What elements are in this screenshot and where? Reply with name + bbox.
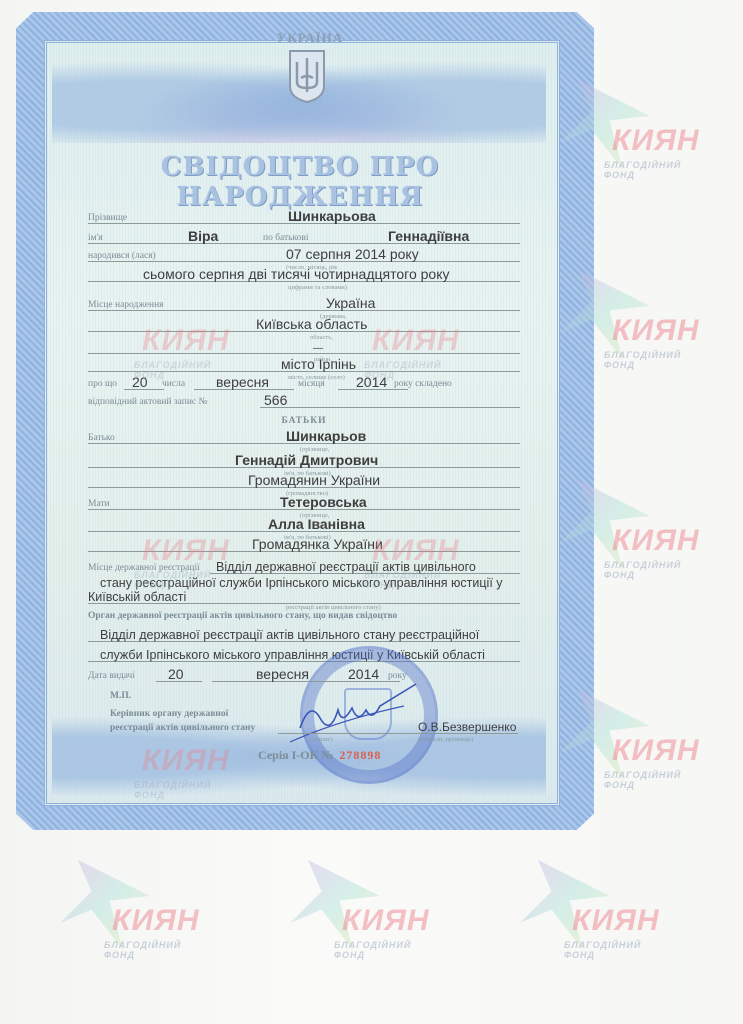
born-label: народився (лася): [88, 251, 156, 261]
row-name: ім'я Віра по батькові Геннадіївна: [88, 226, 520, 246]
seal-label: М.П.: [110, 691, 131, 701]
record-year-label: року складено: [394, 379, 452, 389]
record-day: 20: [132, 374, 148, 390]
row-issuer-label: Орган державної реєстрації актів цивільн…: [88, 604, 520, 624]
born-date-words-value: сьомого серпня дві тисячі чотирнадцятого…: [143, 266, 449, 282]
row-mother-citizenship: Громадянка України: [88, 534, 520, 554]
row-mother-name: Алла Іванівна ім'я, по батькові): [88, 514, 520, 534]
mother-surname-value: Тетеровська: [280, 494, 367, 510]
issue-year-label: року: [388, 671, 407, 681]
row-father-surname: Батько Шинкарьов (прізвище,: [88, 426, 520, 446]
father-name-value: Геннадій Дмитрович: [235, 452, 378, 468]
series-number: Серія І-ОК №278898: [258, 748, 381, 763]
record-prefix: про що: [88, 379, 117, 389]
row-father-name: Геннадій Дмитрович ім'я, по батькові): [88, 450, 520, 470]
patronymic-value: Геннадіївна: [388, 228, 469, 244]
row-birthplace-district: — район,: [88, 336, 520, 356]
mother-citizenship-value: Громадянка України: [252, 536, 383, 552]
record-year: 2014: [356, 374, 387, 390]
row-birthplace-region: Київська область область,: [88, 314, 520, 334]
record-number-value: 566: [264, 392, 287, 408]
row-seal-label: М.П.: [110, 684, 542, 704]
issue-year: 2014: [348, 666, 379, 682]
row-born-words: сьомого серпня дві тисячі чотирнадцятого…: [88, 264, 520, 284]
birthplace-city-value: місто Ірпінь: [281, 356, 356, 372]
name-label: ім'я: [88, 233, 103, 243]
record-month-label: місяця: [298, 379, 325, 389]
issuer-label: Орган державної реєстрації актів цивільн…: [88, 611, 397, 621]
row-mother-surname: Мати Тетеровська (прізвище,: [88, 492, 520, 512]
birthplace-country-value: Україна: [326, 295, 375, 311]
father-surname-value: Шинкарьов: [286, 428, 366, 444]
official-name: О.В.Безвершенко: [418, 720, 516, 734]
row-record-date: про що 20 числа вересня місяця 2014 року…: [88, 372, 520, 392]
patronymic-label: по батькові: [263, 233, 309, 243]
country-label: УКРАЇНА: [262, 30, 358, 46]
row-birthplace-country: Місце народження Україна (держава,: [88, 293, 520, 313]
record-month: вересня: [216, 374, 269, 390]
certificate-title: СВІДОЦТВО ПРО НАРОДЖЕННЯ: [60, 152, 540, 212]
born-date-words-hint: цифрами та словами): [288, 284, 347, 291]
mother-name-value: Алла Іванівна: [268, 516, 365, 532]
issue-date-label: Дата видачі: [88, 671, 135, 681]
trident-icon: [287, 48, 327, 104]
father-citizenship-value: Громадянин України: [248, 472, 380, 488]
issue-day: 20: [168, 666, 184, 682]
surname-value: Шинкарьова: [288, 208, 376, 224]
row-father-citizenship: Громадянин України (громадянство): [88, 470, 520, 490]
row-issuer-2: служби Ірпінського міського управління ю…: [88, 644, 520, 664]
registration-place-line3: Київській області: [88, 590, 186, 604]
issuer-line1: Відділ державної реєстрації актів цивіль…: [100, 628, 479, 642]
initials-hint: (ініціали, прізвище): [418, 736, 473, 743]
birthplace-region-value: Київська область: [256, 316, 367, 332]
row-issue-date: Дата видачі 20 вересня 2014 року: [88, 664, 520, 684]
row-surname: Прізвище Шинкарьова: [88, 206, 520, 226]
series-number-value: 278898: [339, 748, 381, 762]
record-number-label: відповідний актовий запис №: [88, 397, 208, 407]
head-label-2: реєстрації актів цивільного стану: [110, 723, 255, 733]
row-record-number: відповідний актовий запис № 566: [88, 390, 520, 410]
mother-label: Мати: [88, 499, 110, 509]
row-birthplace-city: місто Ірпінь місто, селище (село): [88, 354, 520, 374]
birthplace-district-value: —: [313, 343, 323, 354]
born-date-value: 07 серпня 2014 року: [286, 246, 419, 262]
row-born: народився (лася) 07 серпня 2014 року (чи…: [88, 244, 520, 264]
parents-heading: БАТЬКИ: [88, 416, 520, 426]
surname-label: Прізвище: [88, 213, 127, 223]
row-registration-place-3: Київській області реєстрації актів цивіл…: [88, 586, 520, 606]
issue-month: вересня: [256, 666, 309, 682]
father-label: Батько: [88, 433, 115, 443]
row-issuer-1: Відділ державної реєстрації актів цивіль…: [88, 624, 520, 644]
birthplace-label: Місце народження: [88, 300, 164, 310]
issuer-line2: служби Ірпінського міського управління ю…: [100, 648, 485, 662]
name-value: Віра: [188, 228, 218, 244]
record-day-label: числа: [162, 379, 185, 389]
row-head-signature: реєстрації актів цивільного стану О.В.Бе…: [88, 716, 520, 736]
series-label: Серія І-ОК №: [258, 748, 333, 762]
signature-hint: (підпис): [310, 736, 333, 743]
